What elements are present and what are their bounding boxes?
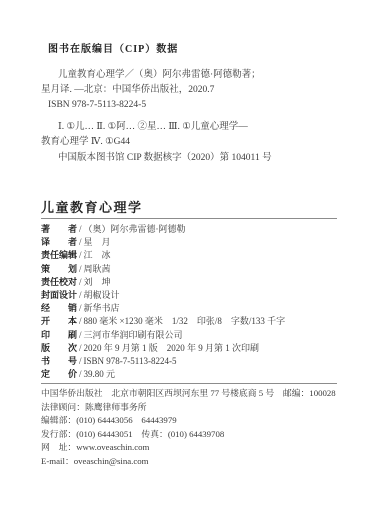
- cip-record-line: 中国版本图书馆 CIP 数据核字（2020）第 104011 号: [41, 151, 345, 166]
- distribution-phone-line: 发行部：(010) 64443051 传真：(010) 64439708: [41, 428, 357, 442]
- cip-desc-line2: 星月译. —北京：中国华侨出版社，2020.7: [41, 83, 345, 98]
- row-value: 2020 年 9 月第 1 版 2020 年 9 月第 1 次印刷: [84, 343, 260, 353]
- colophon-row-isbn: 书 号/ISBN 978-7-5113-8224-5: [41, 355, 355, 368]
- colophon-row-translator: 译 者/星 月: [41, 236, 355, 249]
- cip-class-line1: Ⅰ. ①儿… Ⅱ. ①阿… ②星… Ⅲ. ①儿童心理学—: [41, 120, 345, 135]
- row-value: （奥）阿尔弗雷德·阿德勒: [84, 224, 186, 234]
- row-label: 责任编辑: [41, 250, 77, 260]
- colophon-row-format: 开 本/880 毫米 ×1230 毫米 1/32 印张/8 字数/133 千字: [41, 315, 355, 328]
- colophon-row-printer: 印 刷/三河市华润印刷有限公司: [41, 329, 355, 342]
- cip-desc-line1: 儿童教育心理学／（奥）阿尔弗雷德·阿德勒著；: [41, 68, 345, 83]
- row-value: 新华书店: [84, 303, 120, 313]
- colophon-rows: 著 者/（奥）阿尔弗雷德·阿德勒 译 者/星 月 责任编辑/江 冰 策 划/周耿…: [41, 223, 355, 381]
- row-label: 印 刷: [41, 330, 77, 340]
- row-value: 39.80 元: [84, 369, 116, 379]
- row-separator: /: [79, 290, 82, 300]
- row-label: 经 销: [41, 303, 77, 313]
- book-copyright-page: 图书在版编目（CIP）数据 儿童教育心理学／（奥）阿尔弗雷德·阿德勒著； 星月译…: [0, 0, 375, 515]
- book-title: 儿童教育心理学: [41, 197, 143, 216]
- row-value: ISBN 978-7-5113-8224-5: [84, 356, 177, 366]
- title-divider: [41, 218, 337, 219]
- row-separator: /: [79, 330, 82, 340]
- row-value: 刘 坤: [84, 277, 111, 287]
- row-label: 著 者: [41, 224, 77, 234]
- row-label: 策 划: [41, 264, 77, 274]
- row-label: 开 本: [41, 316, 77, 326]
- row-separator: /: [79, 356, 82, 366]
- website-line: 网 址：www.oveaschin.com: [41, 441, 357, 455]
- row-separator: /: [79, 369, 82, 379]
- colophon-row-price: 定 价/39.80 元: [41, 368, 355, 381]
- publisher-address-line: 中国华侨出版社 北京市朝阳区西坝河东里 77 号楼底商 5 号 邮编：10002…: [41, 387, 357, 401]
- row-value: 880 毫米 ×1230 毫米 1/32 印张/8 字数/133 千字: [84, 316, 286, 326]
- row-value: 三河市华润印刷有限公司: [84, 330, 183, 340]
- colophon-row-author: 著 者/（奥）阿尔弗雷德·阿德勒: [41, 223, 355, 236]
- colophon-row-cover-design: 封面设计/胡椒设计: [41, 289, 355, 302]
- cip-description: 儿童教育心理学／（奥）阿尔弗雷德·阿德勒著； 星月译. —北京：中国华侨出版社，…: [41, 68, 345, 113]
- colophon-row-editor: 责任编辑/江 冰: [41, 249, 355, 262]
- row-value: 胡椒设计: [84, 290, 120, 300]
- row-value: 周耿茜: [84, 264, 111, 274]
- row-separator: /: [79, 224, 82, 234]
- row-label: 版 次: [41, 343, 77, 353]
- colophon-row-distribution: 经 销/新华书店: [41, 302, 355, 315]
- editorial-phone-line: 编辑部：(010) 64443056 64443979: [41, 414, 357, 428]
- row-separator: /: [79, 303, 82, 313]
- row-label: 封面设计: [41, 290, 77, 300]
- legal-counsel-line: 法律顾问：陈鹰律师事务所: [41, 401, 357, 415]
- cip-class-line2: 教育心理学 Ⅳ. ①G44: [41, 135, 345, 150]
- publisher-contact-block: 中国华侨出版社 北京市朝阳区西坝河东里 77 号楼底商 5 号 邮编：10002…: [41, 387, 357, 468]
- row-separator: /: [79, 237, 82, 247]
- row-label: 书 号: [41, 356, 77, 366]
- row-label: 责任校对: [41, 277, 77, 287]
- row-separator: /: [79, 250, 82, 260]
- row-label: 译 者: [41, 237, 77, 247]
- row-value: 星 月: [84, 237, 111, 247]
- row-separator: /: [79, 343, 82, 353]
- row-label: 定 价: [41, 369, 77, 379]
- colophon-row-proofreader: 责任校对/刘 坤: [41, 276, 355, 289]
- colophon-row-edition: 版 次/2020 年 9 月第 1 版 2020 年 9 月第 1 次印刷: [41, 342, 355, 355]
- row-separator: /: [79, 316, 82, 326]
- footer-divider: [41, 383, 337, 384]
- row-value: 江 冰: [84, 250, 111, 260]
- row-separator: /: [79, 264, 82, 274]
- cip-classification: Ⅰ. ①儿… Ⅱ. ①阿… ②星… Ⅲ. ①儿童心理学— 教育心理学 Ⅳ. ①G…: [41, 120, 345, 150]
- cip-isbn-line: ISBN 978-7-5113-8224-5: [41, 98, 345, 113]
- cip-heading: 图书在版编目（CIP）数据: [48, 40, 178, 55]
- row-separator: /: [79, 277, 82, 287]
- email-line: E-mail：oveaschin@sina.com: [41, 455, 357, 469]
- colophon-row-planner: 策 划/周耿茜: [41, 263, 355, 276]
